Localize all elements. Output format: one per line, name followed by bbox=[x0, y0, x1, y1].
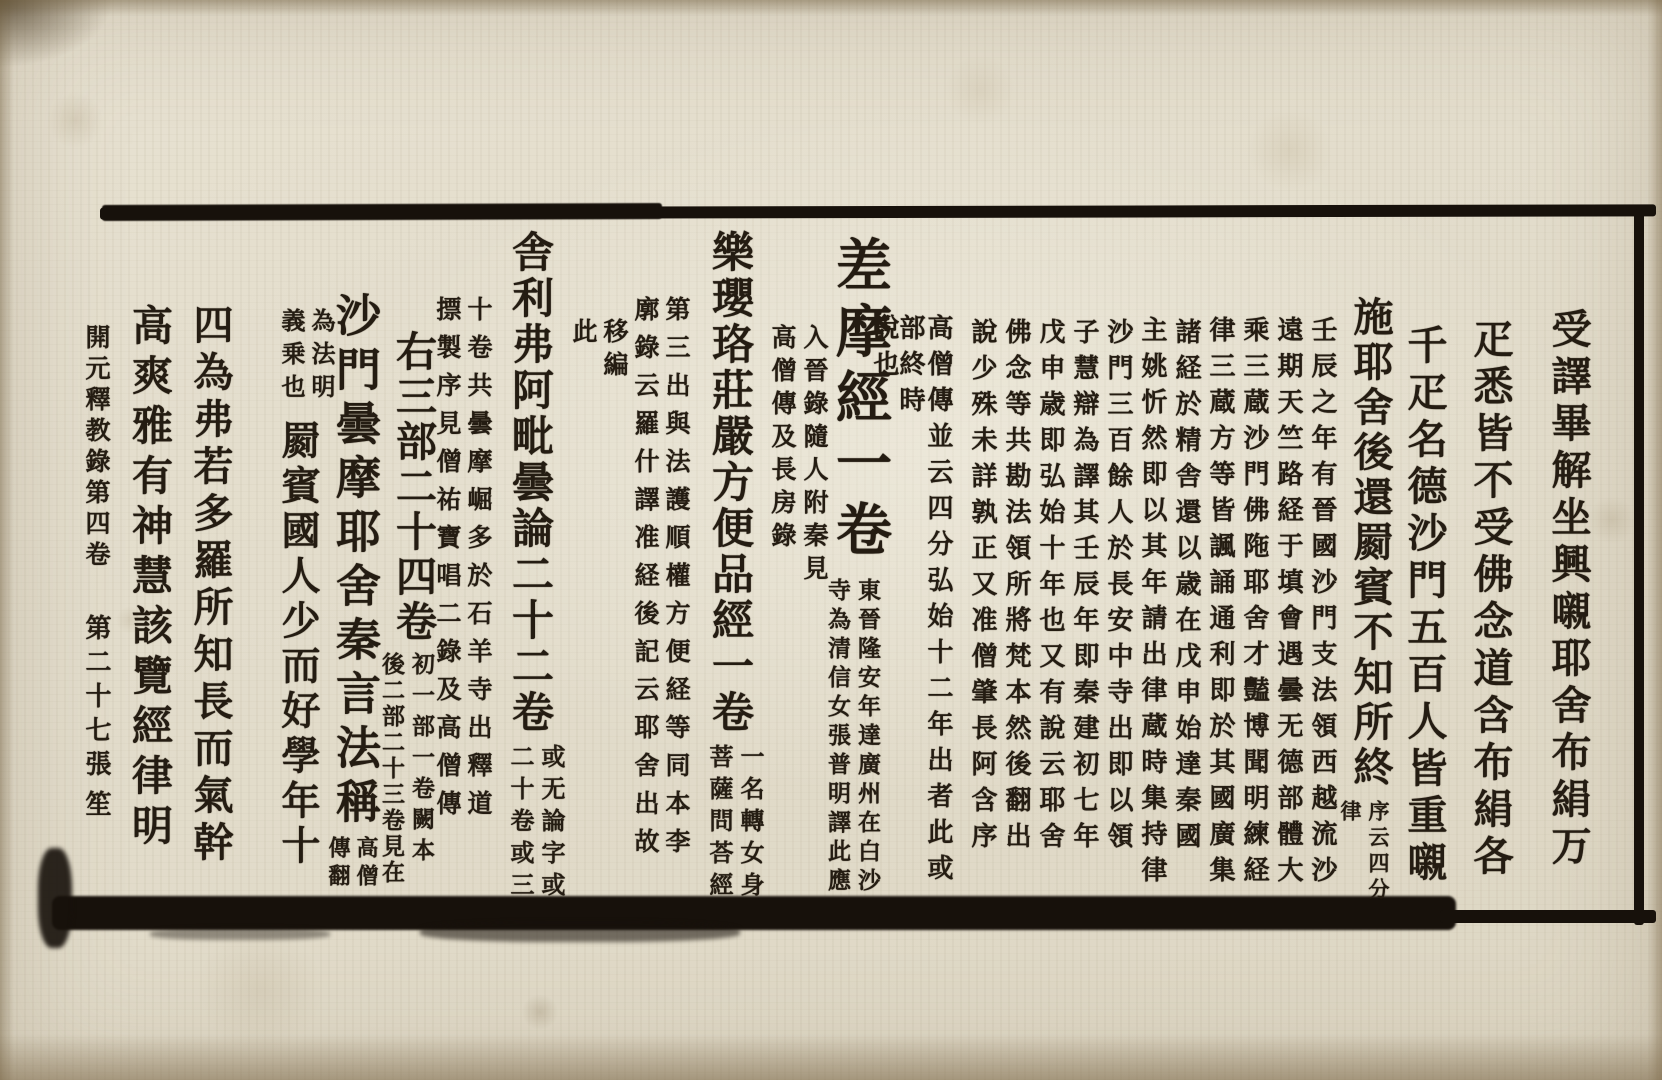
note-left-subcolumn: 寺為清信女張普明譯此應 bbox=[822, 578, 852, 897]
note-left-subcolumn: 義乗也 bbox=[276, 308, 306, 407]
sutra-title-shelifu-note: 或无論字或 二十卷或三 bbox=[505, 744, 567, 904]
paper-edge-top bbox=[0, 0, 1662, 16]
frame-ink-blob-bottom-left bbox=[38, 848, 72, 948]
margin-sheet-label: 第二十七張 bbox=[78, 614, 115, 784]
main-text-column-4: 施耶舍後還罽賓不知所終 bbox=[1342, 296, 1399, 791]
note-right-subcolumn: 高僧 bbox=[352, 836, 380, 892]
annotation-column-06: 主姚忻然即以其年請出律蔵時集持律 bbox=[1134, 316, 1171, 892]
sutra-title-yingluo: 樂瓔珞莊嚴方便品經一卷 bbox=[700, 230, 760, 736]
note-right-subcolumn: 移編 bbox=[599, 318, 630, 384]
sutra-title-chamo: 差摩經一卷 bbox=[820, 236, 900, 566]
chamo-note-continuation: 入晉錄隨人附秦見 高僧傳及長房錄 bbox=[766, 324, 830, 588]
biography-column-1-note: 高僧 傳翻 bbox=[324, 836, 380, 892]
note-right-subcolumn: 十卷共曇摩崛多於石羊寺出釋道 bbox=[463, 296, 494, 828]
scanned-page: 受譯畢解坐興嚫耶舍布絹万 疋悉皆不受佛念道含布絹各 千疋名德沙門五百人皆重嚫 施… bbox=[0, 0, 1662, 1080]
biography-column-3: 四為弗若多羅所知長而氣幹 bbox=[182, 304, 239, 868]
main-text-column-1: 受譯畢解坐興嚫耶舍布絹万 bbox=[1540, 308, 1597, 872]
biography-column-2-note: 為法明 義乗也 bbox=[276, 308, 336, 407]
frame-top-rule-thick-left bbox=[102, 203, 662, 221]
yingluo-note-continuation-2: 移編 此 bbox=[568, 318, 630, 384]
sutra-title-yingluo-note: 一名轉女身 菩薩問荅經 bbox=[704, 744, 766, 904]
annotation-column-11: 說少殊未詳孰正又准僧肇長阿含序 bbox=[964, 318, 1001, 858]
note-left-subcolumn: 二十卷或三 bbox=[505, 744, 536, 904]
yingluo-note-continuation: 第三出與法護順權方便経等同本李 廓錄云羅什譯准経後記云耶舍出故 bbox=[630, 296, 692, 866]
note-right-subcolumn: 入晉錄隨人附秦見 bbox=[798, 324, 830, 588]
annotation-column-09: 戊申歳即弘始十年也又有說云耶舍 bbox=[1032, 318, 1069, 858]
biography-column-4: 高爽雅有神慧該覽經律明 bbox=[120, 304, 179, 854]
note-left-subcolumn: 廓錄云羅什譯准経後記云耶舍出故 bbox=[630, 296, 661, 866]
annotation-column-05: 諸経於精舎還以歳在戊申始達秦國 bbox=[1168, 318, 1205, 858]
frame-ink-smudge-center bbox=[420, 922, 740, 942]
note-left-subcolumn: 高僧傳及長房錄 bbox=[766, 324, 798, 588]
annotation-column-02: 遠期天竺路経于填會遇曇无德部體大 bbox=[1270, 316, 1307, 892]
note-right-subcolumn: 或无論字或 bbox=[536, 744, 567, 904]
annotation-column-03: 乘三蔵沙門佛陁耶舍才豔博聞明練経 bbox=[1236, 316, 1273, 892]
main-text-column-3: 千疋名德沙門五百人皆重嚫 bbox=[1396, 324, 1453, 888]
annotation-column-10: 佛念等共勘法領所將梵本然後翻出 bbox=[998, 318, 1035, 858]
note-right-subcolumn: 初一部一卷闕本 bbox=[406, 652, 436, 886]
note-right-subcolumn: 第三出與法護順權方便経等同本李 bbox=[661, 296, 692, 866]
section-summary-column: 右三部二十四卷 bbox=[384, 330, 443, 645]
note-right-subcolumn: 一名轉女身 bbox=[735, 744, 766, 904]
note-right-subcolumn: 東晉隆安年達廣州在白沙 bbox=[852, 578, 882, 897]
annotation-column-04: 律三蔵方等皆諷誦通利即於其國廣集 bbox=[1202, 316, 1239, 892]
sutra-title-chamo-note: 東晉隆安年達廣州在白沙 寺為清信女張普明譯此應 bbox=[822, 578, 882, 897]
annotation-column-07: 沙門三百餘人於長安中寺出即以領 bbox=[1100, 318, 1137, 858]
note-left-subcolumn: 此 bbox=[568, 318, 599, 384]
frame-bottom-rule-right bbox=[1440, 910, 1656, 923]
main-column-4-note: 序云四分 律 bbox=[1336, 800, 1392, 904]
margin-volume-label: 開元釋教錄第四卷 bbox=[78, 324, 114, 572]
note-left-subcolumn: 菩薩問荅經 bbox=[704, 744, 735, 904]
paper-edge-top-left bbox=[0, 0, 220, 140]
frame-ink-smudge-left bbox=[150, 928, 330, 940]
annotation-column-08: 子慧辯為譯其壬辰年即秦建初七年 bbox=[1066, 318, 1103, 858]
annotation-column-01: 壬辰之年有晉國沙門支法領西越流沙 bbox=[1304, 316, 1341, 892]
note-right-subcolumn: 為法明 bbox=[306, 308, 336, 407]
paper-edge-left bbox=[0, 0, 14, 1080]
note-right-subcolumn: 序云四分 bbox=[1364, 800, 1392, 904]
margin-siglum: 笙 bbox=[78, 790, 115, 816]
paper-edge-bottom bbox=[0, 1034, 1662, 1080]
main-text-column-2: 疋悉皆不受佛念道含布絹各 bbox=[1462, 318, 1519, 882]
sutra-title-shelifu: 舎利弗阿毗曇論二十二卷 bbox=[500, 230, 560, 736]
frame-right-rule bbox=[1634, 209, 1644, 925]
biography-column-2: 罽賓國人少而好學年十 bbox=[270, 420, 326, 870]
note-left-subcolumn: 傳翻 bbox=[324, 836, 352, 892]
